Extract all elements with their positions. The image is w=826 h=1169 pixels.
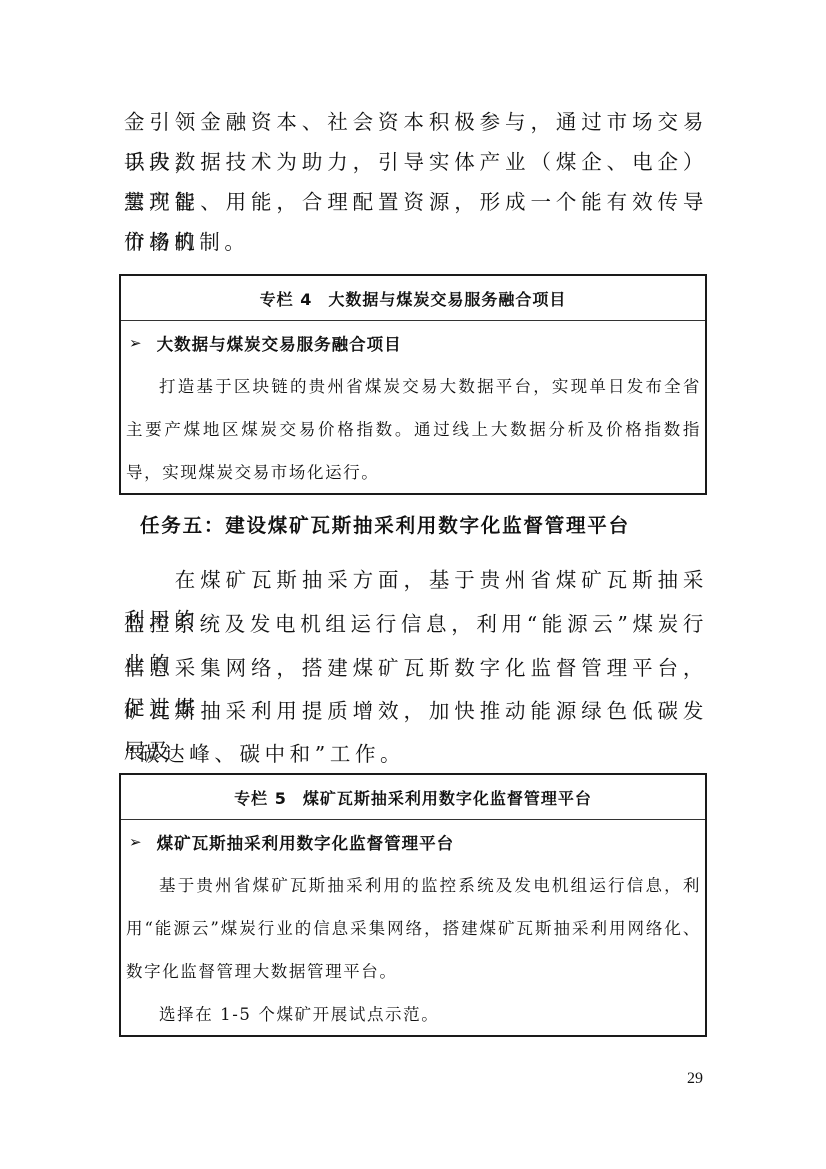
box-title: 煤矿瓦斯抽采利用数字化监督管理平台	[303, 786, 592, 809]
box-body: 打造基于区块链的贵州省煤炭交易大数据平台，实现单日发布全省主要产煤地区煤炭交易价…	[121, 365, 705, 494]
column-box-5: 专栏 5 煤矿瓦斯抽采利用数字化监督管理平台 ➢ 煤矿瓦斯抽采利用数字化监督管理…	[119, 773, 707, 1037]
box-label: 专栏 4	[260, 287, 313, 310]
text-line: “碳达峰、碳中和”工作。	[124, 735, 708, 775]
box-body: 基于贵州省煤矿瓦斯抽采利用的监控系统及发电机组运行信息，利用“能源云”煤炭行业的…	[121, 864, 705, 1036]
arrowhead-bullet-icon: ➢	[129, 833, 143, 851]
box-header: 专栏 5 煤矿瓦斯抽采利用数字化监督管理平台	[121, 775, 705, 820]
arrowhead-bullet-icon: ➢	[129, 334, 143, 352]
box-subtitle-row: ➢ 大数据与煤炭交易服务融合项目	[121, 321, 705, 365]
column-box-4: 专栏 4 大数据与煤炭交易服务融合项目 ➢ 大数据与煤炭交易服务融合项目 打造基…	[119, 274, 707, 495]
box-subtitle: 大数据与煤炭交易服务融合项目	[157, 331, 402, 355]
box-paragraph: 打造基于区块链的贵州省煤炭交易大数据平台，实现单日发布全省主要产煤地区煤炭交易价…	[126, 365, 701, 494]
box-header: 专栏 4 大数据与煤炭交易服务融合项目	[121, 276, 705, 321]
box-paragraph: 选择在 1-5 个煤矿开展试点示范。	[126, 993, 701, 1036]
page-number: 29	[687, 1070, 703, 1088]
box-paragraph: 基于贵州省煤矿瓦斯抽采利用的监控系统及发电机组运行信息，利用“能源云”煤炭行业的…	[126, 864, 701, 993]
box-subtitle: 煤矿瓦斯抽采利用数字化监督管理平台	[157, 830, 455, 854]
box-title: 大数据与煤炭交易服务融合项目	[328, 287, 566, 310]
text-line: 市场机制。	[124, 223, 708, 263]
box-label: 专栏 5	[234, 786, 287, 809]
box-subtitle-row: ➢ 煤矿瓦斯抽采利用数字化监督管理平台	[121, 820, 705, 864]
section-heading: 任务五：建设煤矿瓦斯抽采利用数字化监督管理平台	[140, 510, 630, 538]
